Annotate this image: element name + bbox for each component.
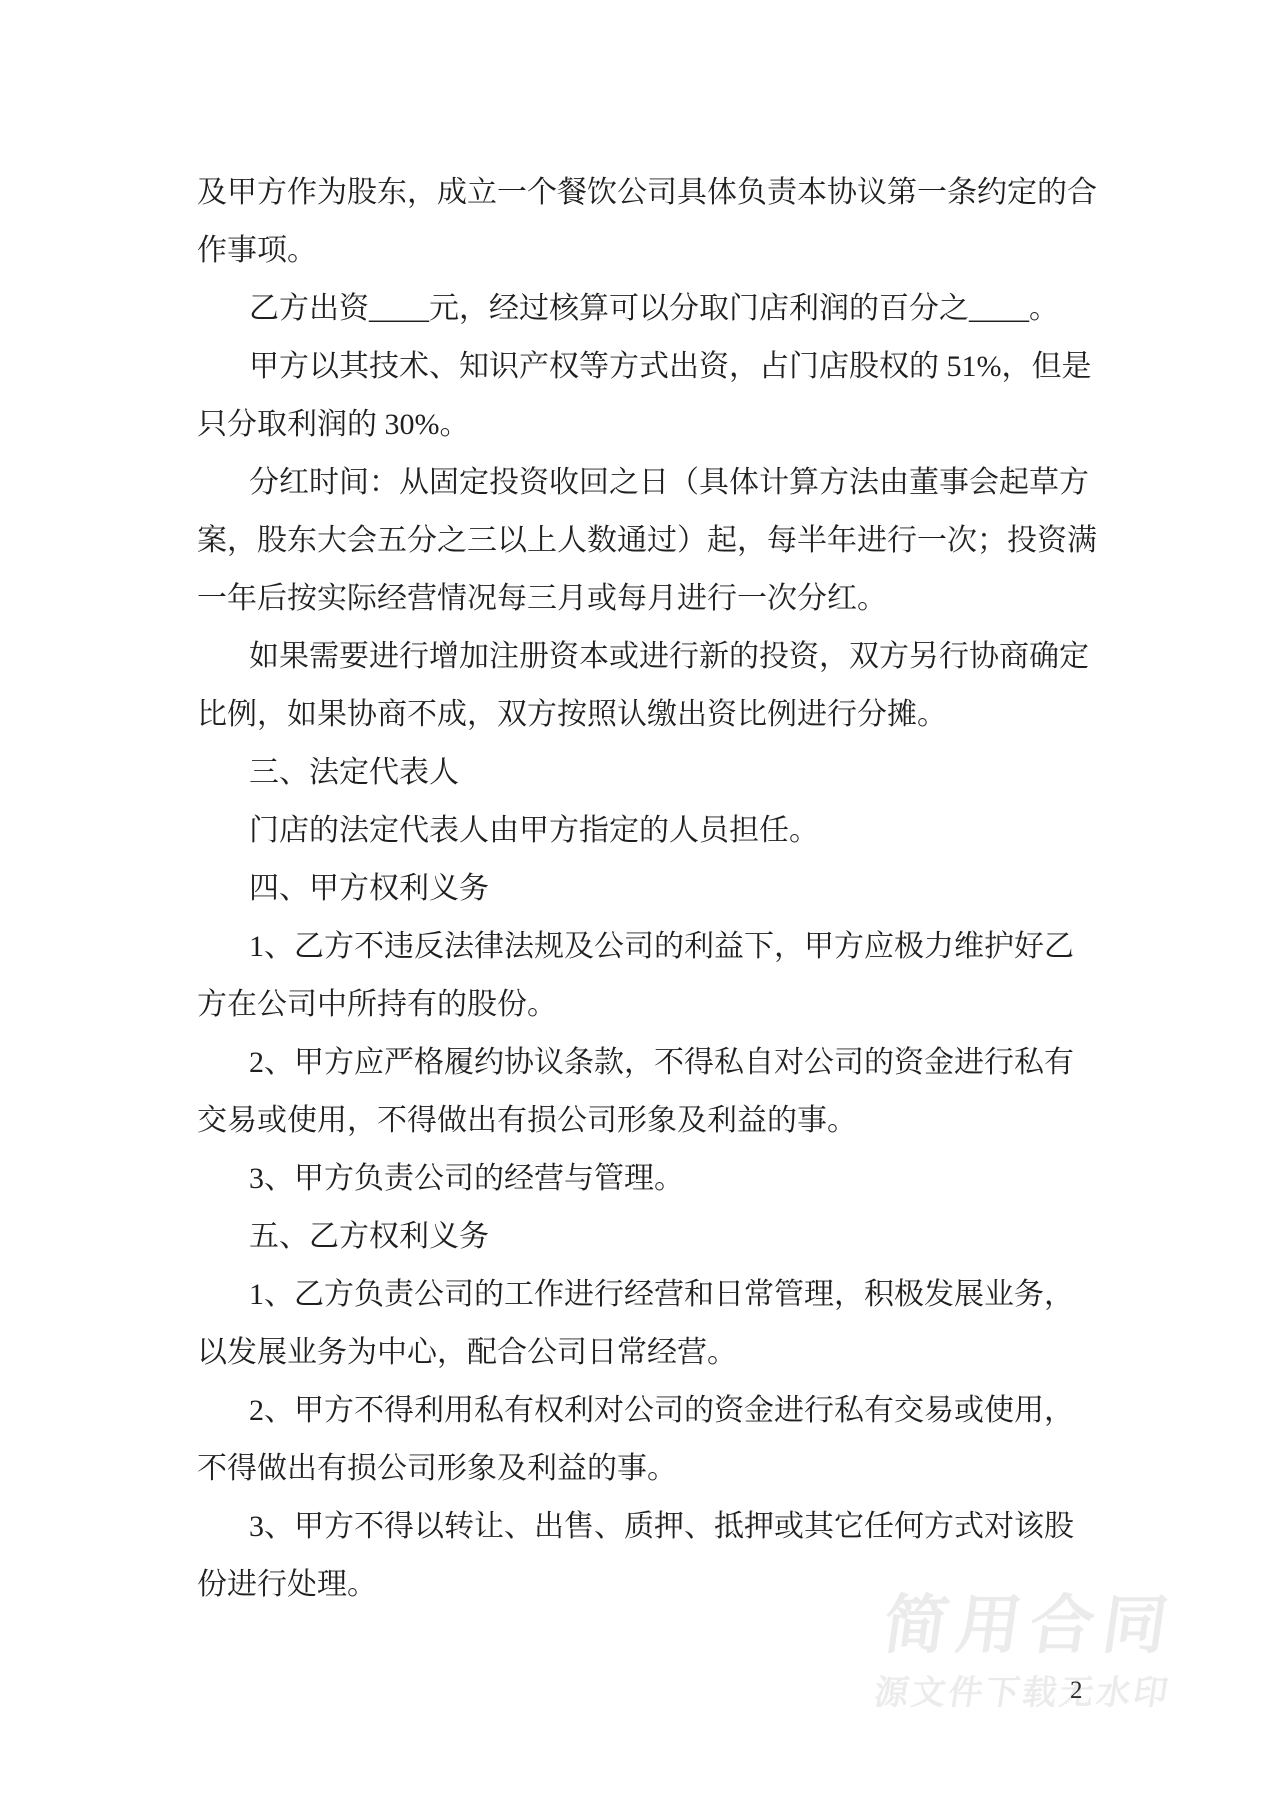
contract-line: 2、甲方不得利用私有权利对公司的资金进行私有交易或使用， — [197, 1382, 1137, 1440]
contract-line: 案，股东大会五分之三以上人数通过）起，每半年进行一次；投资满 — [197, 512, 1137, 570]
contract-line: 交易或使用，不得做出有损公司形象及利益的事。 — [197, 1092, 1137, 1150]
contract-line: 乙方出资____元，经过核算可以分取门店利润的百分之____。 — [197, 280, 1137, 338]
contract-line: 如果需要进行增加注册资本或进行新的投资，双方另行协商确定 — [197, 628, 1137, 686]
contract-line: 作事项。 — [197, 222, 1137, 280]
watermark-tagline-text: 源文件下载无水印 — [872, 1675, 1173, 1711]
contract-line: 不得做出有损公司形象及利益的事。 — [197, 1440, 1137, 1498]
contract-line: 2、甲方应严格履约协议条款，不得私自对公司的资金进行私有 — [197, 1034, 1137, 1092]
contract-line: 及甲方作为股东，成立一个餐饮公司具体负责本协议第一条约定的合 — [197, 164, 1137, 222]
contract-page: 及甲方作为股东，成立一个餐饮公司具体负责本协议第一条约定的合作事项。乙方出资__… — [0, 0, 1280, 1810]
contract-line: 甲方以其技术、知识产权等方式出资，占门店股权的 51%，但是 — [197, 338, 1137, 396]
contract-line: 1、乙方负责公司的工作进行经营和日常管理，积极发展业务， — [197, 1266, 1137, 1324]
page-number: 2 — [1070, 1676, 1083, 1706]
contract-line: 1、乙方不违反法律法规及公司的利益下，甲方应极力维护好乙 — [197, 918, 1137, 976]
contract-line: 3、甲方不得以转让、出售、质押、抵押或其它任何方式对该股 — [197, 1498, 1137, 1556]
contract-line: 以发展业务为中心，配合公司日常经营。 — [197, 1324, 1137, 1382]
contract-line: 分红时间：从固定投资收回之日（具体计算方法由董事会起草方 — [197, 454, 1137, 512]
watermark: 简用合同 源文件下载无水印 — [872, 1590, 1185, 1711]
contract-line: 比例，如果协商不成，双方按照认缴出资比例进行分摊。 — [197, 686, 1137, 744]
contract-line: 五、乙方权利义务 — [197, 1208, 1137, 1266]
contract-body: 及甲方作为股东，成立一个餐饮公司具体负责本协议第一条约定的合作事项。乙方出资__… — [197, 164, 1137, 1614]
contract-line: 四、甲方权利义务 — [197, 860, 1137, 918]
contract-line: 门店的法定代表人由甲方指定的人员担任。 — [197, 802, 1137, 860]
contract-line: 三、法定代表人 — [197, 744, 1137, 802]
watermark-brand-text: 简用合同 — [879, 1590, 1185, 1660]
contract-line: 一年后按实际经营情况每三月或每月进行一次分红。 — [197, 570, 1137, 628]
contract-line: 只分取利润的 30%。 — [197, 396, 1137, 454]
contract-line: 方在公司中所持有的股份。 — [197, 976, 1137, 1034]
contract-line: 3、甲方负责公司的经营与管理。 — [197, 1150, 1137, 1208]
